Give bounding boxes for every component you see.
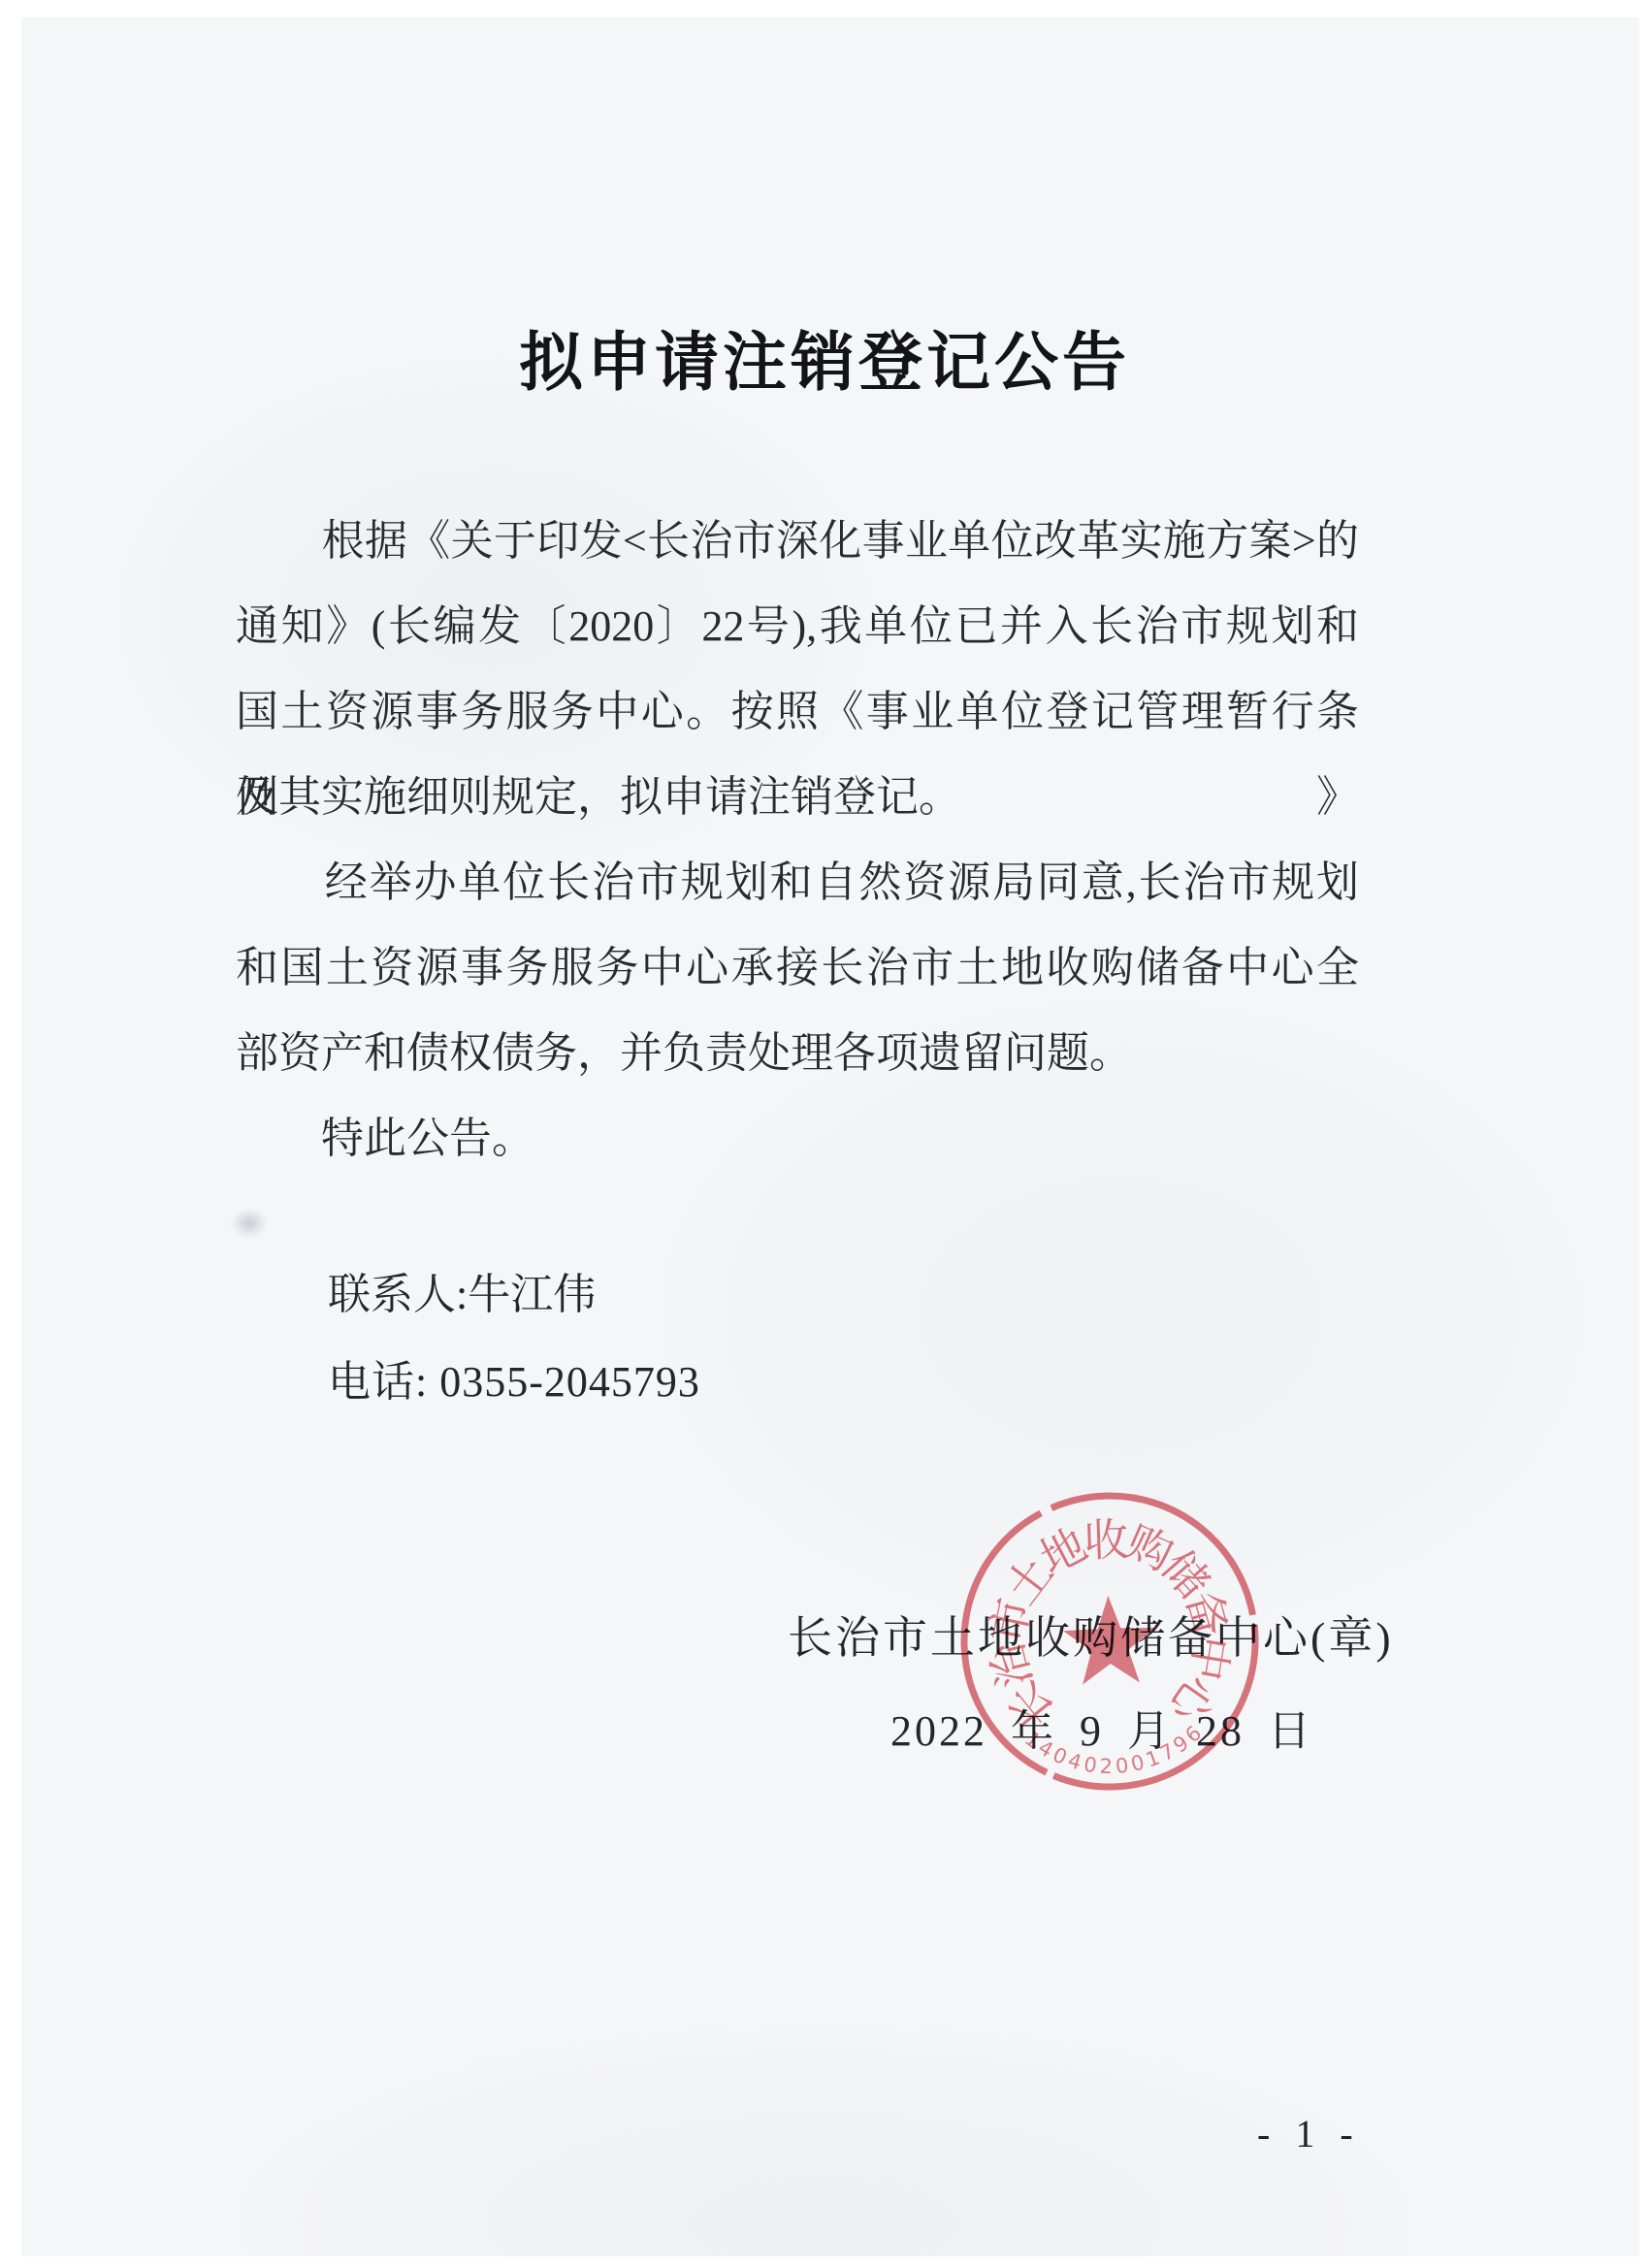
body-line: 根据《关于印发<长治市深化事业单位改革实施方案>的 [236,499,1359,584]
seal-star [1062,1594,1157,1685]
body-line: 通知》(长编发〔2020〕22号),我单位已并入长治市规划和 [236,584,1359,669]
contact-phone-line: 电话: 0355-2045793 [328,1346,700,1409]
scan-edge-top [0,0,1649,17]
official-seal: 长治市土地收购储备中心140402001796 [950,1481,1271,1802]
body-paragraphs: 根据《关于印发<长治市深化事业单位改革实施方案>的 通知》(长编发〔2020〕2… [236,499,1359,1182]
seal-svg: 长治市土地收购储备中心140402001796 [950,1481,1271,1802]
body-line: 国土资源事务服务中心。按照《事业单位登记管理暂行条例》 [236,669,1359,755]
document-title: 拟申请注销登记公告 [0,310,1649,403]
body-line: 和国土资源事务服务中心承接长治市土地收购储备中心全 [236,925,1359,1011]
scan-edge-bottom [0,2256,1649,2268]
page-number: - 1 - [1257,2111,1361,2156]
body-line: 部资产和债权债务，并负责处理各项遗留问题。 [236,1011,1359,1096]
body-line: 特此公告。 [236,1096,1359,1182]
seal-code-digit: 2 [1099,1755,1113,1778]
body-line: 经举办单位长治市规划和自然资源局同意,长治市规划 [236,840,1359,925]
seal-code-digit: 0 [1083,1753,1099,1778]
seal-code-digit: 0 [1115,1754,1130,1778]
ink-smudge [231,1209,268,1238]
scanned-notice-page: 拟申请注销登记公告 根据《关于印发<长治市深化事业单位改革实施方案>的 通知》(… [0,0,1649,2268]
contact-person-line: 联系人:牛江伟 [328,1259,596,1321]
